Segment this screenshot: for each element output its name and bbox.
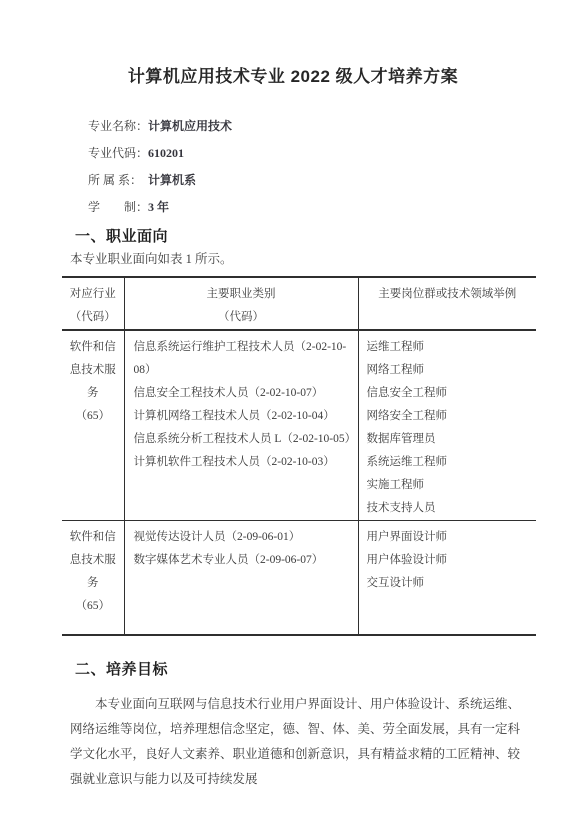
cell-positions: 用户界面设计师 用户体验设计师 交互设计师 [358,521,536,635]
col-header-positions: 主要岗位群或技术领域举例 [358,277,536,330]
duration-value: 3 年 [148,200,169,214]
department-label: 所 属 系： [88,173,148,187]
major-name-label: 专业名称： [88,119,148,133]
col-header-occupation: 主要职业类别 （代码） [124,277,358,330]
duration-label: 学 制： [88,200,148,214]
career-orientation-table: 对应行业 （代码） 主要职业类别 （代码） 主要岗位群或技术领域举例 软件和信 … [62,276,536,636]
cell-industry: 软件和信 息技术服 务 （65） [62,330,124,521]
major-code-label: 专业代码： [88,146,148,160]
major-code-value: 610201 [148,146,184,160]
info-line-major-name: 专业名称：计算机应用技术 [70,102,232,129]
col-header-industry: 对应行业 （代码） [62,277,124,330]
table-intro-text: 本专业职业面向如表 1 所示。 [70,249,233,267]
section-heading-career-orientation: 一、职业面向 [75,225,168,246]
table-row: 软件和信 息技术服 务 （65） 信息系统运行维护工程技术人员（2-02-10-… [62,330,536,521]
cell-occupations: 信息系统运行维护工程技术人员（2-02-10-08） 信息安全工程技术人员（2-… [124,330,358,521]
department-value: 计算机系 [148,173,196,187]
major-info-block: 专业名称：计算机应用技术 专业代码：610201 所 属 系： 计算机系 学 制… [70,102,232,210]
cell-industry: 软件和信 息技术服 务 （65） [62,521,124,635]
table-row: 软件和信 息技术服 务 （65） 视觉传达设计人员（2-09-06-01） 数字… [62,521,536,635]
section-heading-training-objectives: 二、培养目标 [75,658,168,679]
table-header: 对应行业 （代码） 主要职业类别 （代码） 主要岗位群或技术领域举例 [62,277,536,330]
document-page: 计算机应用技术专业 2022 级人才培养方案 专业名称：计算机应用技术 专业代码… [0,0,586,830]
major-name-value: 计算机应用技术 [148,119,232,133]
document-title: 计算机应用技术专业 2022 级人才培养方案 [0,62,586,87]
cell-positions: 运维工程师 网络工程师 信息安全工程师 网络安全工程师 数据库管理员 系统运维工… [358,330,536,521]
table-header-row: 对应行业 （代码） 主要职业类别 （代码） 主要岗位群或技术领域举例 [62,277,536,330]
cell-occupations: 视觉传达设计人员（2-09-06-01） 数字媒体艺术专业人员（2-09-06-… [124,521,358,635]
training-objectives-paragraph: 本专业面向互联网与信息技术行业用户界面设计、用户体验设计、系统运维、网络运维等岗… [70,692,520,792]
